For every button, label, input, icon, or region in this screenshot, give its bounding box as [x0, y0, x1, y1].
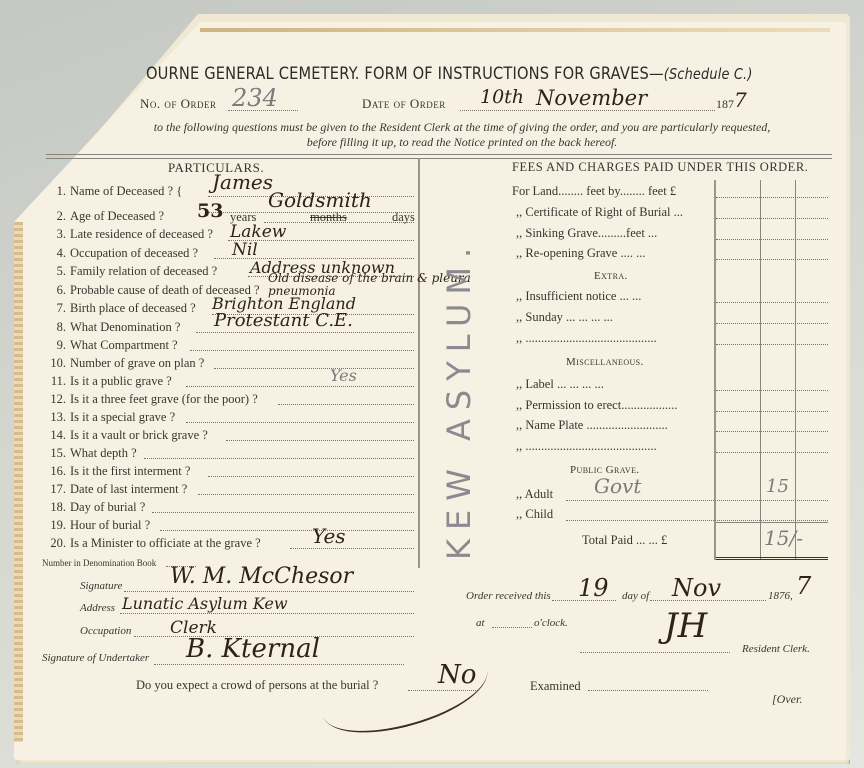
- order-received-year-written[interactable]: 7: [796, 572, 811, 600]
- fee-sinking-grave: ,, Sinking Grave.........feet ...: [516, 226, 657, 241]
- question-special-grave: 13.Is it a special grave ?: [48, 410, 175, 425]
- fee-label: ,, Label ... ... ... ...: [516, 377, 604, 392]
- fees-col-border-2: [760, 180, 761, 560]
- clerk-initials[interactable]: JH: [664, 606, 707, 646]
- instructions-note: to the following questions must be given…: [112, 120, 812, 150]
- fees-heading: FEES AND CHARGES PAID UNDER THIS ORDER.: [512, 160, 808, 175]
- order-received-label: Order received this: [466, 590, 551, 602]
- order-date-year-written[interactable]: 7: [734, 88, 747, 112]
- answer-denomination[interactable]: Protestant C.E.: [214, 310, 353, 331]
- question-family-relation: 5.Family relation of deceased ?: [48, 264, 217, 279]
- fee-sunday: ,, Sunday ... ... ... ...: [516, 310, 613, 325]
- fee-adult-note[interactable]: Govt: [594, 474, 641, 498]
- fees-col-border-3: [795, 180, 796, 560]
- fee-misc-other: ,, .....................................…: [516, 439, 657, 454]
- order-number-label: No. of Order: [140, 96, 217, 112]
- total-paid-value[interactable]: 15/-: [764, 526, 803, 550]
- form-title: OURNE GENERAL CEMETERY. FORM OF INSTRUCT…: [146, 64, 753, 84]
- question-depth: 15.What depth ?: [48, 446, 137, 461]
- fees-col-border-1: [714, 180, 716, 560]
- question-denomination: 8.What Denomination ?: [48, 320, 180, 335]
- fee-adult-value[interactable]: 15: [766, 476, 789, 497]
- signature-value[interactable]: W. M. McChesor: [170, 564, 353, 589]
- denomination-book-label: Number in Denomination Book: [42, 558, 156, 568]
- total-top-rule: [716, 522, 828, 523]
- at-label: at: [476, 617, 485, 629]
- question-last-interment: 17.Date of last interment ?: [48, 482, 187, 497]
- kew-asylum-stamp: KEW ASYLUM.: [440, 239, 478, 560]
- answer-name-first[interactable]: James: [212, 170, 273, 194]
- question-grave-number: 10.Number of grave on plan ?: [48, 356, 204, 371]
- answer-residence[interactable]: Lakew: [230, 222, 286, 242]
- over-label: [Over.: [772, 692, 802, 707]
- occupation-label: Occupation: [80, 625, 131, 637]
- particulars-right-border: [418, 158, 420, 568]
- answer-public-grave[interactable]: Yes: [330, 366, 357, 385]
- question-three-feet-grave: 12.Is it a three feet grave (for the poo…: [48, 392, 258, 407]
- order-received-day[interactable]: 19: [578, 574, 609, 602]
- header-divider: [46, 154, 832, 159]
- order-date-year-printed: 187: [716, 97, 734, 112]
- undertaker-signature-value[interactable]: B. Kternal: [186, 634, 320, 664]
- order-date-label: Date of Order: [362, 96, 446, 112]
- answer-minister[interactable]: Yes: [312, 524, 346, 548]
- question-age: 2.Age of Deceased ?: [48, 209, 164, 224]
- answer-occupation[interactable]: Nil: [232, 240, 258, 260]
- fee-extra-other: ,, .....................................…: [516, 331, 657, 346]
- order-date-month[interactable]: November: [536, 86, 647, 110]
- form-title-text: OURNE GENERAL CEMETERY. FORM OF INSTRUCT…: [146, 64, 664, 84]
- fee-permission-to-erect: ,, Permission to erect..................: [516, 398, 677, 413]
- total-bottom-rule: [716, 557, 828, 560]
- address-value[interactable]: Lunatic Asylum Kew: [122, 594, 288, 613]
- signature-label: Signature: [80, 580, 122, 592]
- answer-age[interactable]: 53: [197, 200, 223, 222]
- question-public-grave: 11.Is it a public grave ?: [48, 374, 172, 389]
- oclock-label: o'clock.: [534, 617, 568, 629]
- resident-clerk-label: Resident Clerk.: [742, 643, 810, 655]
- question-birth-place: 7.Birth place of deceased ?: [48, 301, 196, 316]
- question-vault-grave: 14.Is it a vault or brick grave ?: [48, 428, 208, 443]
- answer-name-last[interactable]: Goldsmith: [268, 188, 372, 212]
- schedule-label: (Schedule C.): [664, 65, 753, 83]
- instructions-line-2: before filling it up, to read the Notice…: [112, 135, 812, 150]
- question-first-interment: 16.Is it the first interment ?: [48, 464, 190, 479]
- fee-adult: ,, Adult: [516, 487, 553, 502]
- fee-reopening-grave: ,, Re-opening Grave .... ...: [516, 246, 645, 261]
- question-hour-of-burial: 19.Hour of burial ?: [48, 518, 150, 533]
- fee-insufficient-notice: ,, Insufficient notice ... ...: [516, 289, 641, 304]
- examined-label: Examined: [530, 679, 581, 694]
- question-day-of-burial: 18.Day of burial ?: [48, 500, 145, 515]
- undertaker-signature-label: Signature of Undertaker: [42, 652, 149, 664]
- fee-child: ,, Child: [516, 507, 553, 522]
- order-date-day[interactable]: 10th: [480, 86, 524, 108]
- extra-heading: Extra.: [594, 270, 628, 282]
- order-date-line: [460, 110, 715, 111]
- day-of-label: day of: [622, 590, 649, 602]
- instructions-line-1: to the following questions must be given…: [112, 120, 812, 135]
- page-binding-edge: [14, 222, 23, 742]
- page-top-edge: [200, 28, 830, 32]
- question-occupation: 4.Occupation of deceased ?: [48, 246, 198, 261]
- question-residence: 3.Late residence of deceased ?: [48, 227, 213, 242]
- order-number-value[interactable]: 234: [232, 84, 278, 112]
- fee-land: For Land........ feet by........ feet £: [512, 184, 676, 199]
- total-paid-label: Total Paid ... ... £: [582, 533, 667, 548]
- question-minister: 20.Is a Minister to officiate at the gra…: [48, 536, 261, 551]
- fee-name-plate: ,, Name Plate ..........................: [516, 418, 668, 433]
- miscellaneous-heading: Miscellaneous.: [566, 356, 644, 368]
- question-compartment: 9.What Compartment ?: [48, 338, 178, 353]
- order-received-month[interactable]: Nov: [672, 574, 721, 602]
- address-label: Address: [80, 602, 115, 614]
- fee-certificate: ,, Certificate of Right of Burial ...: [516, 205, 683, 220]
- question-name: 1.Name of Deceased ? {: [48, 184, 182, 199]
- order-received-year-printed: 1876,: [768, 590, 793, 602]
